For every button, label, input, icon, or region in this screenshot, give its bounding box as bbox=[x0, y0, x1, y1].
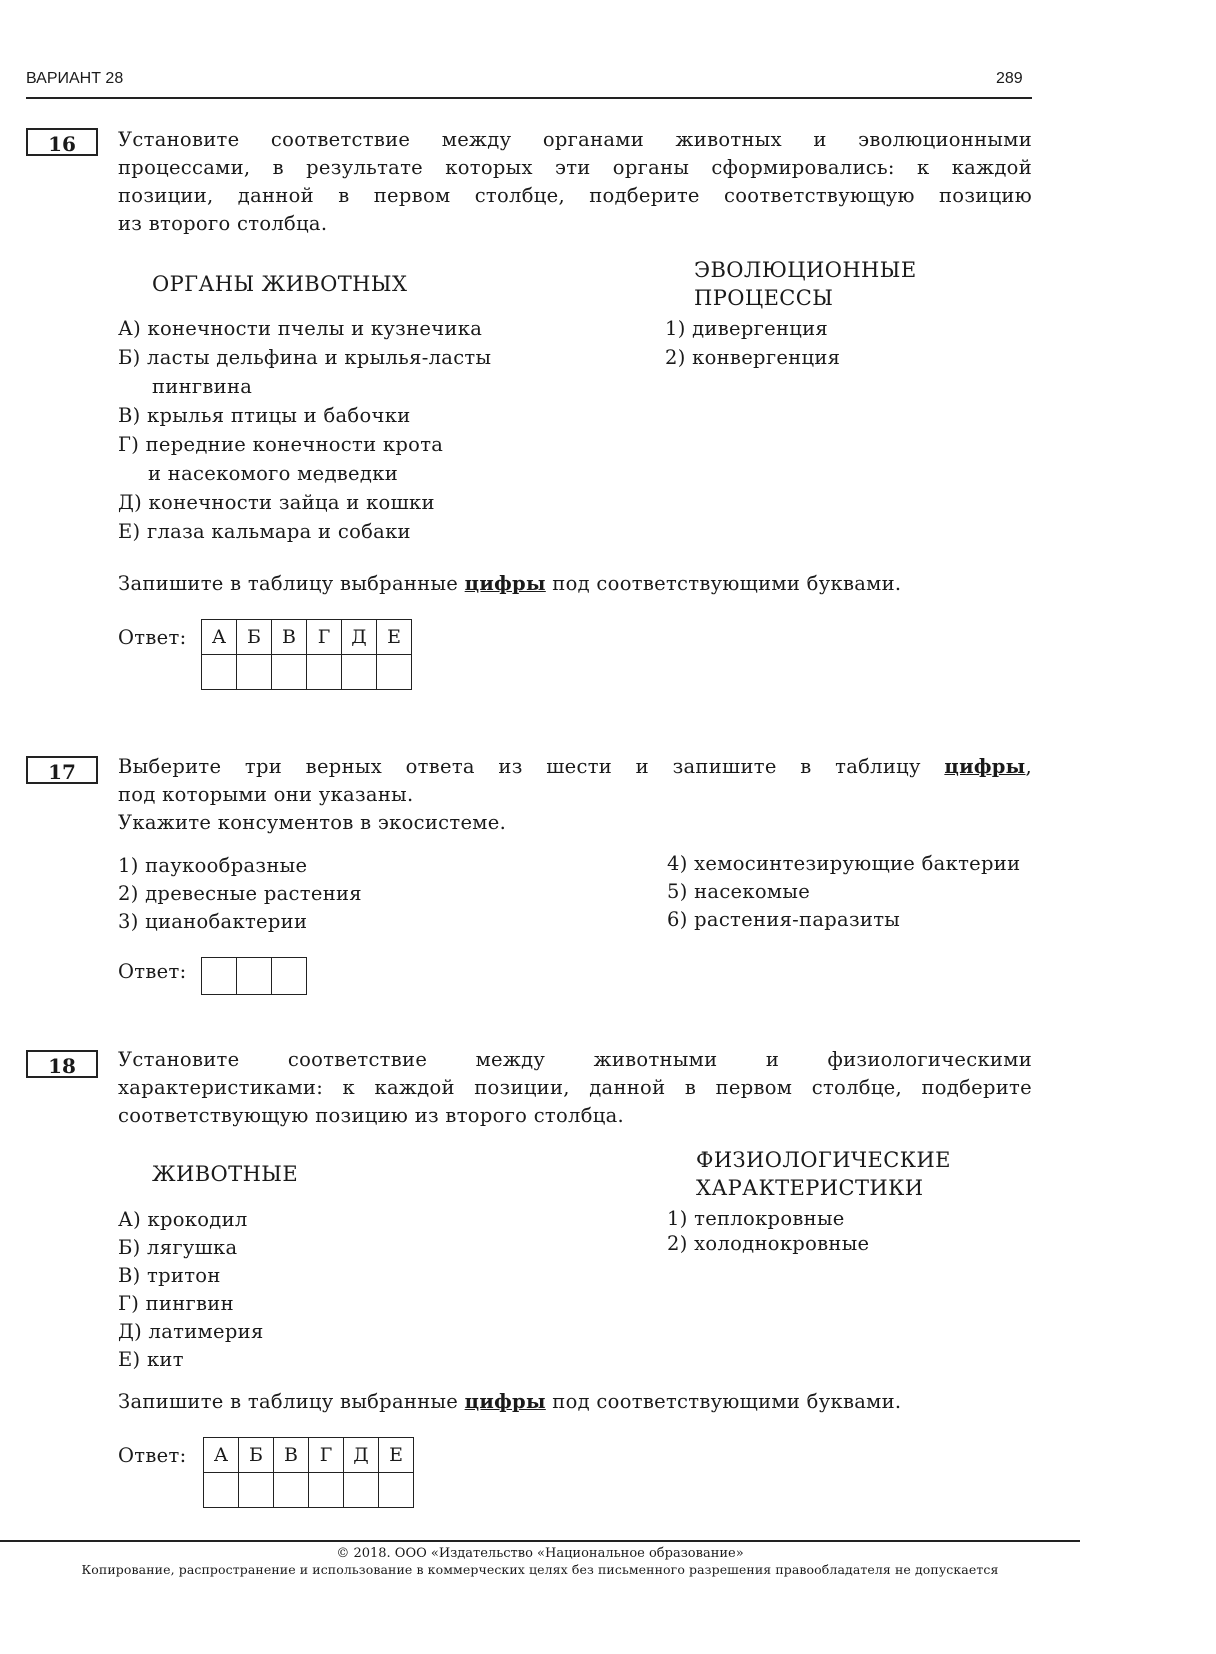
q18-left-list: А) крокодил Б) лягушка В) тритон Г) пинг… bbox=[118, 1206, 264, 1374]
heading-line: ФИЗИОЛОГИЧЕСКИЕ bbox=[696, 1146, 951, 1174]
list-item: Б) ласты дельфина и крылья-ласты bbox=[118, 343, 491, 372]
q17-left-list: 1) паукообразные 2) древесные растения 3… bbox=[118, 852, 362, 936]
list-item: 2) конвергенция bbox=[665, 343, 840, 372]
q18-line: характеристиками: к каждой позиции, данн… bbox=[118, 1074, 1032, 1102]
answer-cell[interactable] bbox=[309, 1473, 344, 1508]
answer-cell[interactable] bbox=[342, 655, 377, 690]
q18-right-heading: ФИЗИОЛОГИЧЕСКИЕ ХАРАКТЕРИСТИКИ bbox=[696, 1146, 951, 1202]
list-item: пингвина bbox=[118, 372, 491, 401]
answer-cell[interactable] bbox=[272, 655, 307, 690]
answer-cell[interactable] bbox=[237, 655, 272, 690]
option-item: 2) древесные растения bbox=[118, 880, 362, 908]
answer-letter: А bbox=[204, 1438, 239, 1473]
option-item: 6) растения-паразиты bbox=[667, 906, 1020, 934]
q18-prompt: Установите соответствие между животными … bbox=[118, 1046, 1032, 1130]
q16-right-heading: ЭВОЛЮЦИОННЫЕ ПРОЦЕССЫ bbox=[694, 256, 917, 312]
answer-letter: Д bbox=[344, 1438, 379, 1473]
answer-cell[interactable] bbox=[344, 1473, 379, 1508]
variant-label: ВАРИАНТ 28 bbox=[26, 70, 123, 88]
prompt-text: Выберите три верных ответа из шести и за… bbox=[118, 755, 944, 778]
answer-letter: Б bbox=[237, 620, 272, 655]
answer-letter: В bbox=[272, 620, 307, 655]
list-item: Е) кит bbox=[118, 1346, 264, 1374]
list-item: В) тритон bbox=[118, 1262, 264, 1290]
q18-line: Установите соответствие между животными … bbox=[118, 1046, 1032, 1074]
answer-letter: А bbox=[202, 620, 237, 655]
option-item: 4) хемосинтезирующие бактерии bbox=[667, 850, 1020, 878]
list-item: В) крылья птицы и бабочки bbox=[118, 401, 491, 430]
q16-right-list: 1) дивергенция 2) конвергенция bbox=[665, 314, 840, 372]
q18-answer-table: А Б В Г Д Е bbox=[203, 1437, 414, 1508]
q18-instruction: Запишите в таблицу выбранные цифры под с… bbox=[118, 1388, 901, 1416]
list-item: Д) латимерия bbox=[118, 1318, 264, 1346]
task-number-18: 18 bbox=[26, 1050, 98, 1078]
list-item: А) крокодил bbox=[118, 1206, 264, 1234]
heading-line: ЭВОЛЮЦИОННЫЕ bbox=[694, 256, 917, 284]
list-item: и насекомого медведки bbox=[118, 459, 491, 488]
list-item: 1) дивергенция bbox=[665, 314, 840, 343]
list-item: Г) передние конечности крота bbox=[118, 430, 491, 459]
answer-cell[interactable] bbox=[239, 1473, 274, 1508]
answer-cell[interactable] bbox=[377, 655, 412, 690]
footer-rule bbox=[0, 1540, 1080, 1542]
q17-answer-table bbox=[201, 957, 307, 995]
prompt-emphasis: цифры bbox=[944, 755, 1025, 778]
q16-left-list: А) конечности пчелы и кузнечика Б) ласты… bbox=[118, 314, 491, 546]
instruction-text: Запишите в таблицу выбранные bbox=[118, 1390, 465, 1413]
answer-letter: Д bbox=[342, 620, 377, 655]
footer-copyright: © 2018. ООО «Издательство «Национальное … bbox=[0, 1546, 1080, 1561]
prompt-text: , bbox=[1026, 755, 1033, 778]
q18-line: соответствующую позицию из второго столб… bbox=[118, 1102, 1032, 1130]
option-item: 5) насекомые bbox=[667, 878, 1020, 906]
list-item: Г) пингвин bbox=[118, 1290, 264, 1318]
answer-cell[interactable] bbox=[204, 1473, 239, 1508]
answer-cell[interactable] bbox=[379, 1473, 414, 1508]
instruction-text: Запишите в таблицу выбранные bbox=[118, 572, 465, 595]
list-item: Б) лягушка bbox=[118, 1234, 264, 1262]
instruction-text: под соответствующими буквами. bbox=[546, 572, 902, 595]
answer-letter: Б bbox=[239, 1438, 274, 1473]
answer-letter: В bbox=[274, 1438, 309, 1473]
answer-cell[interactable] bbox=[274, 1473, 309, 1508]
q16-line: из второго столбца. bbox=[118, 210, 1032, 238]
page-number: 289 bbox=[996, 70, 1023, 88]
list-item: А) конечности пчелы и кузнечика bbox=[118, 314, 491, 343]
answer-letter: Г bbox=[307, 620, 342, 655]
q16-line: позиции, данной в первом столбце, подбер… bbox=[118, 182, 1032, 210]
q18-answer-label: Ответ: bbox=[118, 1442, 186, 1470]
q17-answer-label: Ответ: bbox=[118, 958, 186, 986]
q17-right-list: 4) хемосинтезирующие бактерии 5) насеком… bbox=[667, 850, 1020, 934]
q16-left-heading: ОРГАНЫ ЖИВОТНЫХ bbox=[152, 270, 407, 298]
list-item: Д) конечности зайца и кошки bbox=[118, 488, 491, 517]
instruction-emphasis: цифры bbox=[465, 1390, 546, 1413]
answer-letter: Г bbox=[309, 1438, 344, 1473]
answer-cell[interactable] bbox=[272, 958, 307, 995]
q16-prompt: Установите соответствие между органами ж… bbox=[118, 126, 1032, 238]
task-number-16: 16 bbox=[26, 128, 98, 156]
answer-cell[interactable] bbox=[202, 655, 237, 690]
q17-prompt: Выберите три верных ответа из шести и за… bbox=[118, 753, 1032, 837]
answer-cell[interactable] bbox=[202, 958, 237, 995]
option-item: 1) паукообразные bbox=[118, 852, 362, 880]
heading-line: ПРОЦЕССЫ bbox=[694, 284, 917, 312]
header-rule bbox=[26, 97, 1032, 99]
instruction-text: под соответствующими буквами. bbox=[546, 1390, 902, 1413]
q17-line: под которыми они указаны. bbox=[118, 781, 1032, 809]
option-item: 3) цианобактерии bbox=[118, 908, 362, 936]
list-item: Е) глаза кальмара и собаки bbox=[118, 517, 491, 546]
q18-right-list: 1) теплокровные 2) холоднокровные bbox=[667, 1206, 869, 1256]
footer-notice: Копирование, распространение и использов… bbox=[0, 1562, 1080, 1577]
list-item: 1) теплокровные bbox=[667, 1206, 869, 1231]
q17-line: Выберите три верных ответа из шести и за… bbox=[118, 753, 1032, 781]
answer-cell[interactable] bbox=[237, 958, 272, 995]
q16-line: процессами, в результате которых эти орг… bbox=[118, 154, 1032, 182]
task-number-17: 17 bbox=[26, 756, 98, 784]
q16-line: Установите соответствие между органами ж… bbox=[118, 126, 1032, 154]
q18-left-heading: ЖИВОТНЫЕ bbox=[152, 1160, 298, 1188]
answer-letter: Е bbox=[377, 620, 412, 655]
instruction-emphasis: цифры bbox=[465, 572, 546, 595]
answer-cell[interactable] bbox=[307, 655, 342, 690]
answer-letter: Е bbox=[379, 1438, 414, 1473]
q16-answer-table: А Б В Г Д Е bbox=[201, 619, 412, 690]
heading-line: ХАРАКТЕРИСТИКИ bbox=[696, 1174, 951, 1202]
q16-answer-label: Ответ: bbox=[118, 624, 186, 652]
q16-instruction: Запишите в таблицу выбранные цифры под с… bbox=[118, 570, 901, 598]
q17-line: Укажите консументов в экосистеме. bbox=[118, 809, 1032, 837]
list-item: 2) холоднокровные bbox=[667, 1231, 869, 1256]
